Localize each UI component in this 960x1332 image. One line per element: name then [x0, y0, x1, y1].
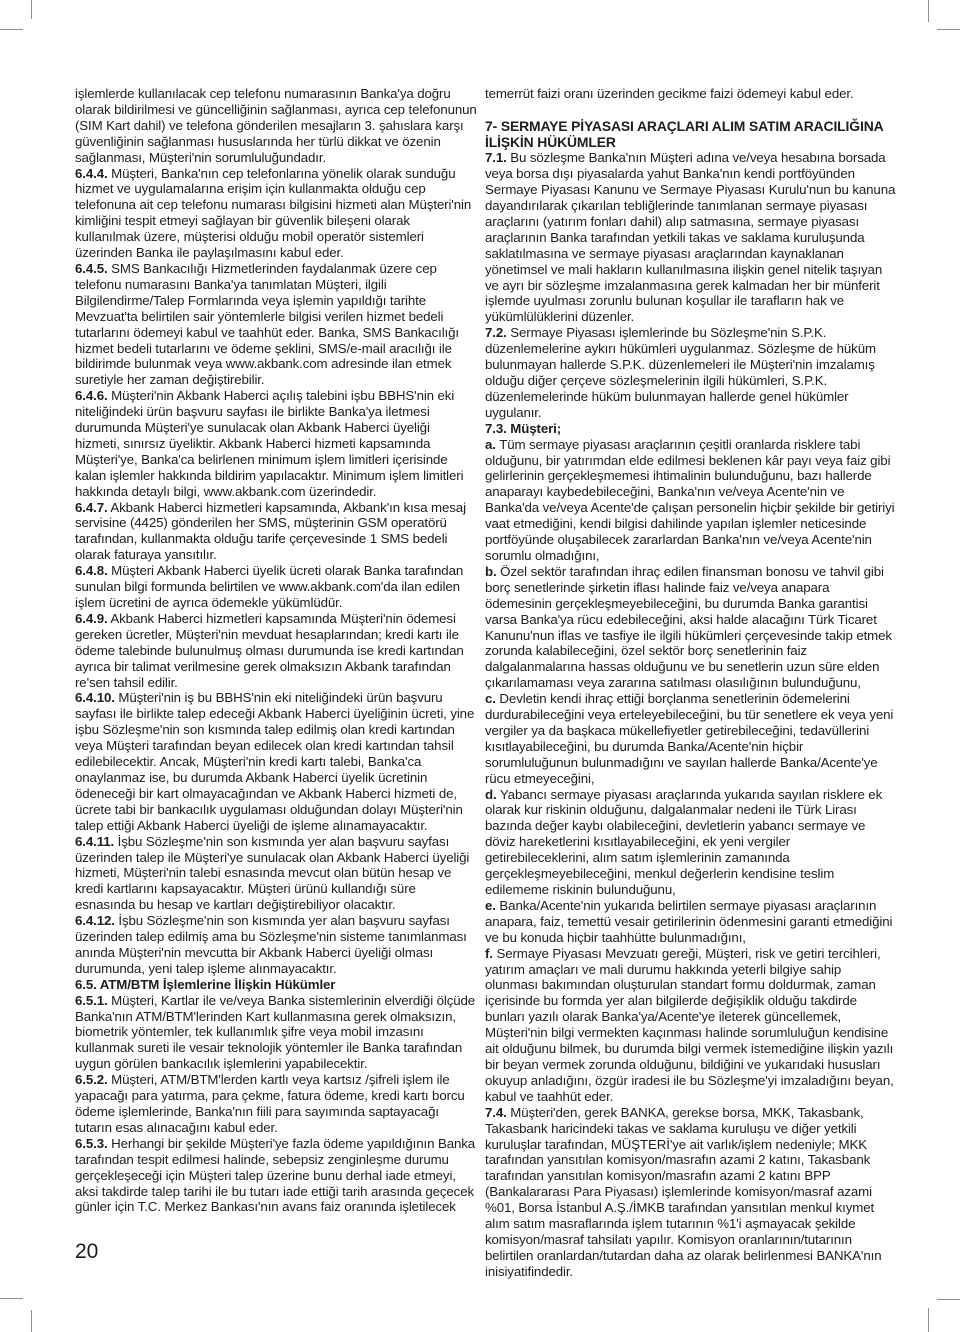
paragraph-7-4: 7.4. Müşteri'den, gerek BANKA, gerekse b…: [485, 1105, 897, 1280]
paragraph-7-3-d: d. Yabancı sermaye piyasası araçlarında …: [485, 787, 897, 898]
crop-mark-bottom-left-vertical: [31, 1310, 32, 1332]
paragraph-6-5-3: 6.5.3. Herhangi bir şekilde Müşteri'ye f…: [75, 1136, 477, 1216]
paragraph-7-3-c: c. Devletin kendi ihraç ettiği borçlanma…: [485, 691, 897, 786]
crop-mark-top-left-vertical: [31, 0, 32, 19]
paragraph-6-4-12: 6.4.12. İşbu Sözleşme'nin son kısmında y…: [75, 913, 477, 977]
section-heading-6-5: 6.5. ATM/BTM İşlemlerine İlişkin Hükümle…: [75, 977, 477, 993]
crop-mark-top-left-horizontal: [0, 29, 23, 30]
paragraph-continuation-right: temerrüt faizi oranı üzerinden gecikme f…: [485, 86, 897, 102]
crop-mark-bottom-right-vertical: [928, 1308, 929, 1332]
paragraph-7-3-f: f. Sermaye Piyasası Mevzuatı gereği, Müş…: [485, 946, 897, 1105]
paragraph-6-4-5: 6.4.5. SMS Bankacılığı Hizmetlerinden fa…: [75, 261, 477, 388]
crop-mark-bottom-right-horizontal: [937, 1299, 960, 1300]
paragraph-7-3-b: b. Özel sektör tarafından ihraç edilen f…: [485, 564, 897, 691]
page-number: 20: [75, 1240, 98, 1264]
paragraph-7-3-e: e. Banka/Acente'nin yukarıda belirtilen …: [485, 898, 897, 946]
paragraph-6-4-6: 6.4.6. Müşteri'nin Akbank Haberci açılış…: [75, 388, 477, 499]
paragraph-6-4-8: 6.4.8. Müşteri Akbank Haberci üyelik ücr…: [75, 563, 477, 611]
paragraph-7-2: 7.2. Sermaye Piyasası işlemlerinde bu Sö…: [485, 325, 897, 420]
crop-mark-top-right-vertical: [928, 0, 929, 22]
paragraph-6-4-11: 6.4.11. İşbu Sözleşme'nin son kısmında y…: [75, 834, 477, 914]
paragraph-6-4-4: 6.4.4. Müşteri, Banka'nın cep telefonlar…: [75, 166, 477, 261]
right-column: temerrüt faizi oranı üzerinden gecikme f…: [485, 86, 897, 1280]
paragraph-continuation: işlemlerde kullanılacak cep telefonu num…: [75, 86, 477, 166]
paragraph-7-1: 7.1. Bu sözleşme Banka'nın Müşteri adına…: [485, 150, 897, 325]
paragraph-6-5-1: 6.5.1. Müşteri, Kartlar ile ve/veya Bank…: [75, 993, 477, 1073]
section-heading-7: 7- SERMAYE PİYASASI ARAÇLARI ALIM SATIM …: [485, 118, 897, 150]
paragraph-7-3: 7.3. Müşteri;: [485, 421, 897, 437]
paragraph-6-5-2: 6.5.2. Müşteri, ATM/BTM'lerden kartlı ve…: [75, 1072, 477, 1136]
document-page: { "page": { "number": "20", "background_…: [0, 0, 960, 1332]
paragraph-6-4-10: 6.4.10. Müşteri'nin iş bu BBHS'nin eki n…: [75, 690, 477, 833]
crop-mark-bottom-left-horizontal: [0, 1298, 23, 1299]
paragraph-7-3-a: a. Tüm sermaye piyasası araçlarının çeşi…: [485, 437, 897, 564]
paragraph-6-4-7: 6.4.7. Akbank Haberci hizmetleri kapsamı…: [75, 500, 477, 564]
paragraph-6-4-9: 6.4.9. Akbank Haberci hizmetleri kapsamı…: [75, 611, 477, 691]
crop-mark-top-right-horizontal: [937, 29, 960, 30]
left-column: işlemlerde kullanılacak cep telefonu num…: [75, 86, 477, 1280]
two-column-text-area: işlemlerde kullanılacak cep telefonu num…: [75, 86, 897, 1280]
